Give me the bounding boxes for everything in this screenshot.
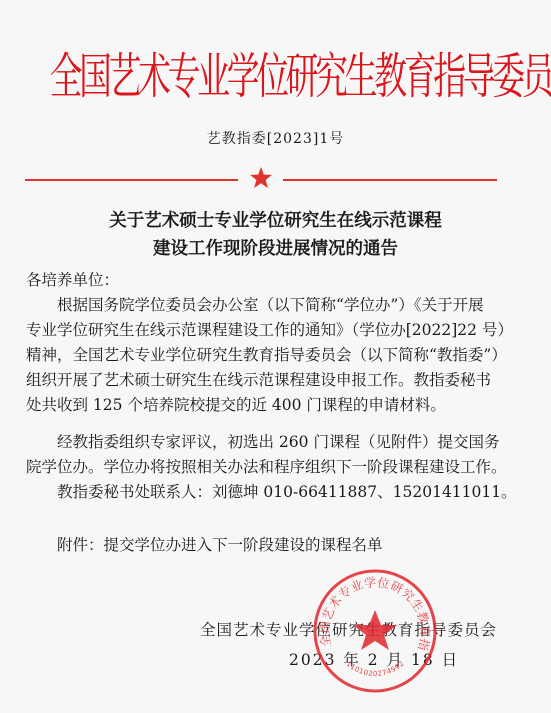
- paragraph-2: 经教指委组织专家评议，初选出 260 门课程（见附件）提交国务 院学位办。学位办…: [26, 430, 526, 480]
- organization-header: 全国艺术专业学位研究生教育指导委员会: [50, 38, 502, 116]
- paragraph-line: 院学位办。学位办将按照相关办法和程序组织下一阶段课程建设工作。: [26, 455, 526, 480]
- divider-line-right: [283, 179, 497, 181]
- paragraph-line: 根据国务院学位委员会办公室（以下简称“学位办”）《关于开展: [26, 293, 526, 318]
- contact-info: 教指委秘书处联系人：刘德坤 010-66411887、15201411011。: [26, 480, 551, 505]
- title-line-2: 建设工作现阶段进展情况的通告: [0, 235, 551, 263]
- seal-code: 1101020274992: [345, 659, 406, 678]
- svg-text:1101020274992: 1101020274992: [345, 659, 406, 678]
- paragraph-line: 专业学位研究生在线示范课程建设工作的通知》（学位办[2022]22 号）: [26, 318, 526, 343]
- official-seal-stamp: 全国艺术专业学位研究生教育指导委员会 1101020274992: [312, 568, 438, 694]
- paragraph-line: 精神，全国艺术专业学位研究生教育指导委员会（以下简称“教指委”）: [26, 343, 526, 368]
- document-number: 艺教指委[2023]1号: [0, 128, 551, 148]
- title-line-1: 关于艺术硕士专业学位研究生在线示范课程: [0, 207, 551, 235]
- paragraph-1: 根据国务院学位委员会办公室（以下简称“学位办”）《关于开展 专业学位研究生在线示…: [26, 293, 526, 418]
- paragraph-line: 处共收到 125 个培养院校提交的近 400 门课程的申请材料。: [26, 393, 526, 418]
- paragraph-line: 组织开展了艺术硕士研究生在线示范课程建设申报工作。教指委秘书: [26, 368, 526, 393]
- divider-line-left: [25, 179, 238, 181]
- attachment-note: 附件：提交学位办进入下一阶段建设的课程名单: [26, 533, 551, 558]
- star-icon: [249, 166, 273, 190]
- salutation: 各培养单位：: [26, 268, 526, 293]
- document-title: 关于艺术硕士专业学位研究生在线示范课程 建设工作现阶段进展情况的通告: [0, 207, 551, 263]
- signature-organization: 全国艺术专业学位研究生教育指导委员会: [0, 618, 551, 640]
- paragraph-line: 经教指委组织专家评议，初选出 260 门课程（见附件）提交国务: [26, 430, 526, 455]
